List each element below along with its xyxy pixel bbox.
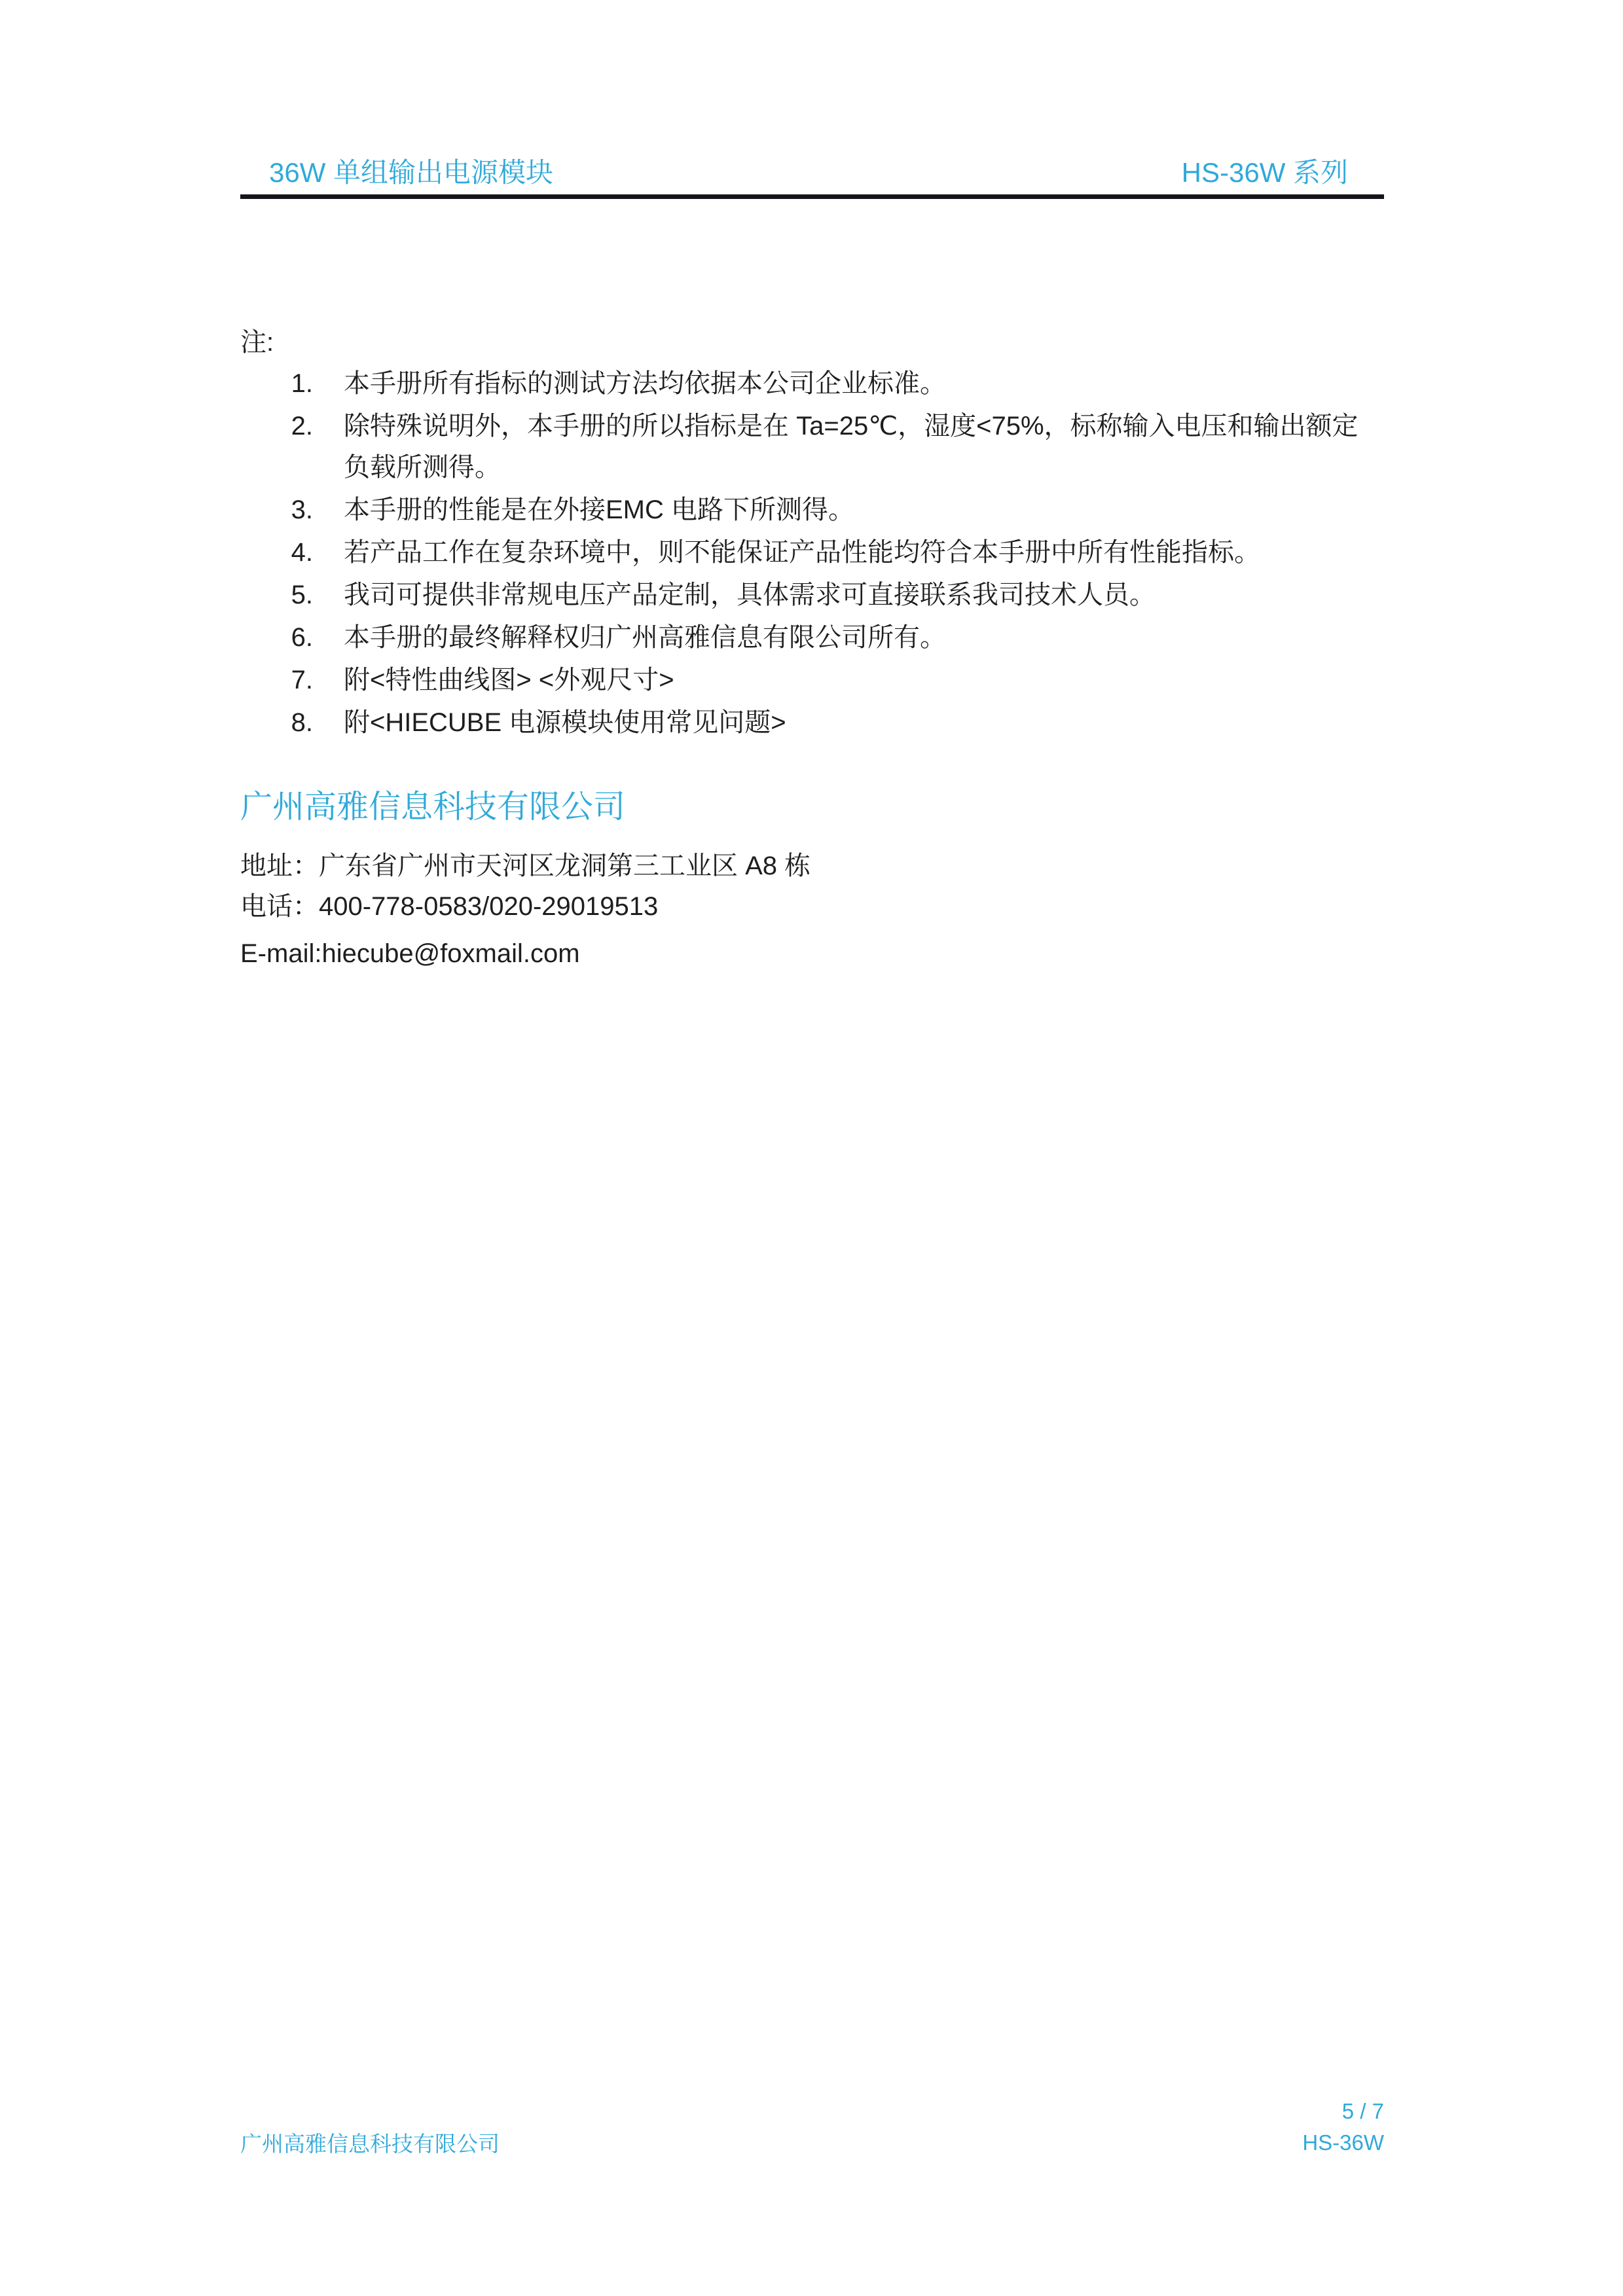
note-item-number: 2.	[240, 406, 313, 488]
company-phone: 电话：400-778-0583/020-29019513	[240, 886, 811, 927]
footer-company-name: 广州高雅信息科技有限公司	[240, 2128, 500, 2160]
note-item-7: 7. 附<特性曲线图> <外观尺寸>	[240, 660, 1384, 701]
note-item-text: 我司可提供非常规电压产品定制，具体需求可直接联系我司技术人员。	[344, 575, 1384, 616]
note-item-4: 4. 若产品工作在复杂环境中，则不能保证产品性能均符合本手册中所有性能指标。	[240, 532, 1384, 573]
note-item-number: 4.	[240, 532, 313, 573]
company-name-heading: 广州高雅信息科技有限公司	[240, 787, 625, 827]
note-item-number: 5.	[240, 575, 313, 616]
note-item-1: 1. 本手册所有指标的测试方法均依据本公司企业标准。	[240, 363, 1384, 404]
note-item-text: 本手册的性能是在外接EMC 电路下所测得。	[344, 490, 1384, 531]
note-item-2: 2. 除特殊说明外，本手册的所以指标是在 Ta=25℃，湿度<75%，标称输入电…	[240, 406, 1384, 488]
note-item-text: 除特殊说明外，本手册的所以指标是在 Ta=25℃，湿度<75%，标称输入电压和输…	[344, 406, 1384, 488]
footer-series-label: HS-36W	[1302, 2127, 1384, 2159]
header-right-title: HS-36W 系列	[1182, 156, 1384, 190]
header-left-title: 36W 单组输出电源模块	[240, 156, 553, 190]
note-item-number: 7.	[240, 660, 313, 701]
page-header: 36W 单组输出电源模块 HS-36W 系列	[240, 156, 1384, 190]
note-item-text: 附<HIECUBE 电源模块使用常见问题>	[344, 702, 1384, 744]
note-item-8: 8. 附<HIECUBE 电源模块使用常见问题>	[240, 702, 1384, 744]
header-rule	[240, 194, 1384, 199]
notes-list: 1. 本手册所有指标的测试方法均依据本公司企业标准。 2. 除特殊说明外，本手册…	[240, 363, 1384, 744]
page-number-indicator: 5 / 7	[1302, 2096, 1384, 2127]
note-item-6: 6. 本手册的最终解释权归广州高雅信息有限公司所有。	[240, 617, 1384, 658]
note-item-number: 8.	[240, 702, 313, 744]
note-item-5: 5. 我司可提供非常规电压产品定制，具体需求可直接联系我司技术人员。	[240, 575, 1384, 616]
footer-right-block: 5 / 7 HS-36W	[1302, 2096, 1384, 2159]
note-item-number: 6.	[240, 617, 313, 658]
note-item-number: 1.	[240, 363, 313, 404]
company-address: 地址：广东省广州市天河区龙洞第三工业区 A8 栋	[240, 846, 811, 886]
notes-section: 注: 1. 本手册所有指标的测试方法均依据本公司企业标准。 2. 除特殊说明外，…	[240, 322, 1384, 745]
note-item-text: 本手册的最终解释权归广州高雅信息有限公司所有。	[344, 617, 1384, 658]
note-item-3: 3. 本手册的性能是在外接EMC 电路下所测得。	[240, 490, 1384, 531]
company-email: E-mail:hiecube@foxmail.com	[240, 933, 811, 974]
note-item-text: 若产品工作在复杂环境中，则不能保证产品性能均符合本手册中所有性能指标。	[344, 532, 1384, 573]
note-item-text: 本手册所有指标的测试方法均依据本公司企业标准。	[344, 363, 1384, 404]
datasheet-page: 36W 单组输出电源模块 HS-36W 系列 注: 1. 本手册所有指标的测试方…	[0, 0, 1623, 2296]
notes-label: 注:	[240, 322, 1384, 363]
note-item-text: 附<特性曲线图> <外观尺寸>	[344, 660, 1384, 701]
contact-section: 地址：广东省广州市天河区龙洞第三工业区 A8 栋 电话：400-778-0583…	[240, 846, 811, 974]
note-item-number: 3.	[240, 490, 313, 531]
